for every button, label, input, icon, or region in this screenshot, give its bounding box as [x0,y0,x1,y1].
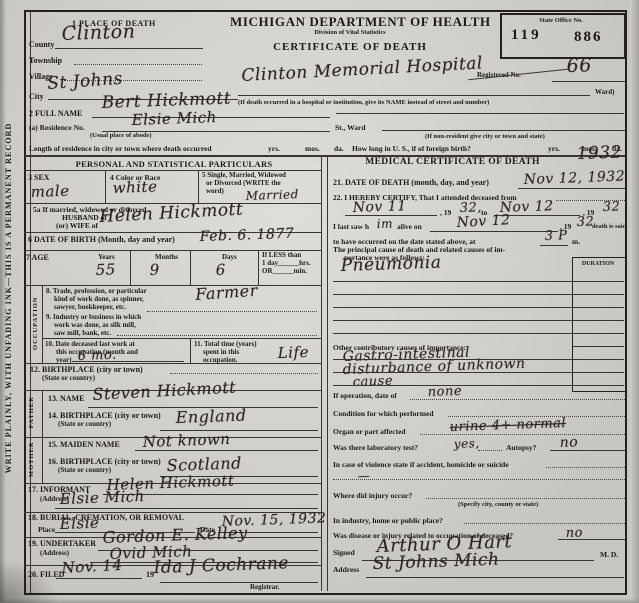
st-ward-label: St., Ward [335,124,366,132]
scan-edge-bottom [0,598,639,603]
duration-line [573,307,624,308]
duration-label: DURATION [572,261,624,267]
lab-test-label: Was there laboratory test? [333,444,418,452]
attended-from-value: Nov 11 [353,199,407,215]
medical-title: MEDICAL CERTIFICATE OF DEATH [340,158,565,168]
duration-line [573,294,624,295]
birthplace-label: 12. BIRTHPLACE (city or town) [30,366,143,374]
injury-industry-label: In industry, home or public place? [333,517,443,525]
cell-line [258,250,259,285]
lab-test-value: yes, [454,437,480,450]
if-less-label: OR______min. [262,268,307,275]
last-saw-date: Nov 12 [456,213,511,230]
residence-label: (a) Residence No. [29,124,85,132]
injury-where-label: Where did injury occur? [333,492,412,500]
group-line [42,437,43,483]
organ-label: Organ or part affected [333,428,406,436]
trade-label: sawyer, bookkeeper, etc. [54,304,126,311]
writing-line [333,281,572,282]
township-label: Township [29,57,62,65]
md-label: M. D. [600,551,618,559]
writing-line [333,307,572,308]
age-label: 7 AGE [26,254,49,262]
marital-label: or Divorced (WRITE the [206,180,281,187]
mother-name-value: Not known [142,432,230,450]
mother-group-label: MOTHER [29,429,36,489]
state-office-number-2: 886 [574,30,603,45]
violence-label: In case of violence state if accident, h… [333,461,509,469]
year-19-printed: , 19 [440,209,451,217]
if-less-label: 1 day______hrs. [262,260,311,267]
how-long-us-label: How long in U. S., if of foreign birth? [352,145,471,153]
cell-line [105,170,106,203]
trade-value: Farmer [195,283,258,303]
department-title: MICHIGAN DEPARTMENT OF HEALTH [230,15,470,28]
duration-line [573,385,624,386]
father-birthplace-label: 14. BIRTHPLACE (city or town) [48,412,161,420]
column-divider [327,155,328,591]
attended-to-year: 32 [603,200,621,214]
organ-note-value: urine 4+ normal [450,417,567,434]
total-time-label: 11. Total time (years) [194,341,257,348]
date-of-death-value: Nov 12, 1932 [524,169,626,187]
blank-line [117,335,317,336]
row-line [42,338,321,339]
residence-length-label: Length of residence in city or town wher… [29,145,212,153]
m-label: m. [572,238,580,246]
industry-label: work was done, as silk mill, [54,322,136,329]
row-line [24,285,321,286]
mos-label: mos. [305,145,320,153]
last-saw-label: I last saw h [333,223,369,231]
birthplace-sublabel: (State or country) [42,375,95,382]
date-of-birth-label: 6 DATE OF BIRTH (Month, day and year) [28,236,175,244]
personal-title: PERSONAL AND STATISTICAL PARTICULARS [28,160,320,169]
occupation-group-label: OCCUPATION [33,283,40,363]
age-months-value: 9 [149,263,160,278]
mother-birthplace-sublabel: (State or country) [58,467,111,474]
condition-label: Condition for which performed [333,410,434,418]
state-office-label: State Office No. [500,18,622,25]
cell-line [130,250,131,285]
da-label: da. [334,145,344,153]
registrar-label: Registrar. [250,584,279,591]
burial-place-label: Place [38,526,55,534]
county-value: Clinton [61,22,135,44]
underline [518,188,625,189]
industry-label: saw mill, bank, etc. [54,330,111,337]
hospital-note: (If death occurred in a hospital or inst… [238,100,489,107]
informant-address-value: Elsie Mich [59,489,145,507]
full-name-label: 2 FULL NAME [29,110,82,118]
filed-date-value: Nov. 14 [61,558,123,576]
writing-line [333,359,572,360]
duration-line [573,333,624,334]
underline [135,450,318,451]
sex-value: male [30,184,69,200]
blank-line [74,64,202,65]
city-label: City [29,93,44,101]
abode-note: (Usual place of abode) [90,133,152,140]
cell-line [190,338,191,363]
date-of-death-label: 21. DATE OF DEATH (month, day, and year) [333,179,489,187]
division-subtitle: Division of Vital Statistics [230,30,470,37]
underline [558,539,625,540]
registered-no-value: 66 [566,56,592,76]
cell-line [190,250,191,285]
trade-label: 8. Trade, profession, or particular [46,288,147,295]
operation-label: If operation, date of [333,392,397,400]
underline [72,361,184,362]
operation-value: none [428,385,463,399]
autopsy-value: no [560,435,579,450]
burial-place-value: Elsie [59,516,99,532]
duration-line [573,346,624,347]
date-of-birth-value: Feb. 6. 1877 [200,227,295,244]
last-saw-pronoun: im [377,217,394,230]
county-label: County [29,41,54,49]
race-value: white [112,179,157,196]
residence-value: Elsie Mich [131,110,217,128]
nonresident-note: (If non-resident give city or town and s… [425,134,545,141]
certificate-title: CERTIFICATE OF DEATH [230,42,470,53]
underline [55,48,203,49]
cell-line [198,170,199,203]
father-birthplace-value: England [175,408,246,426]
physician-address-value: St Johns Mich [372,552,499,573]
blank-line [147,311,317,312]
address-label: Address [333,566,359,574]
registrar-signature: Ida J Cochrane [153,555,289,577]
group-line [42,285,43,363]
blank-line [478,450,502,451]
yrs-label-2: yrs. [548,145,560,153]
state-office-number-1: 119 [511,28,542,43]
underline [238,95,590,96]
undertaker-label: 19. UNDERTAKER [28,540,96,548]
underline [102,131,330,132]
marital-label: 5 Single, Married, Widowed [202,172,286,179]
violence-mark: — [358,470,371,482]
underline [382,130,625,131]
duration-line [573,281,624,282]
industry-label: 9. Industry or business in which [46,314,141,321]
mother-name-label: 15. MAIDEN NAME [48,441,120,449]
death-certificate-scan: WRITE PLAINLY, WITH UNFADING INK—THIS IS… [0,0,639,603]
last-work-label: 10. Date deceased last work at [45,341,135,348]
spouse-label: (or) WIFE of [56,222,98,230]
blank-line [426,498,625,499]
row-line [24,363,321,364]
total-time-value: Life [277,345,309,361]
duration-line [573,320,624,321]
signed-label: Signed [333,549,355,557]
scan-edge-right [630,0,639,603]
ward-label: Ward) [595,89,614,96]
death-is-said-label: death is said [592,224,626,231]
if-less-label: If LESS than [262,252,301,259]
blank-line [464,523,625,524]
total-time-label: spent in this [203,349,239,356]
writing-line [333,333,572,334]
writing-line [333,294,572,295]
father-birthplace-sublabel: (State or country) [58,421,111,428]
underline [56,578,142,579]
duration-line [573,359,624,360]
age-days-value: 6 [215,263,226,278]
trade-label: kind of work done, as spinner, [54,296,144,303]
underline [552,81,625,82]
medical-title-year: 1932 [576,144,622,163]
underline [540,245,568,246]
underline [336,113,624,114]
undertaker-address-label: (Address) [40,550,69,557]
underline [430,231,558,232]
blank-line [410,399,625,400]
writing-line [333,372,572,373]
underline [550,450,625,451]
marital-label: word) [206,188,224,195]
separator-line [333,479,625,480]
underline [366,577,624,578]
father-name-label: 13. NAME [48,395,84,403]
marital-value: Married [246,188,299,202]
principal-cause-value: Pneumonia [340,254,441,275]
disease-related-value: no [566,526,584,540]
duration-line [573,372,624,373]
death-time-value: 3 P [545,229,568,243]
last-saw-label: alive on [397,223,422,231]
yrs-label: yrs. [268,145,280,153]
specify-note: (Specify city, county or state) [458,502,538,509]
filed-year-prefix: 19 [146,571,154,579]
age-years-value: 55 [95,262,116,278]
underline [160,582,318,583]
margin-note: WRITE PLAINLY, WITH UNFADING INK—THIS IS… [5,72,13,524]
underline [55,508,318,509]
contributory-value: cause [353,375,394,389]
sex-label: 3 SEX [28,174,50,182]
autopsy-label: Autopsy? [506,444,536,452]
burial-label: 18. BURIAL, CREMATION, OR REMOVAL [28,514,184,522]
blank-line [170,373,318,374]
blank-line [546,467,625,468]
writing-line [333,320,572,321]
mother-birthplace-label: 16. BIRTHPLACE (city or town) [48,458,161,466]
